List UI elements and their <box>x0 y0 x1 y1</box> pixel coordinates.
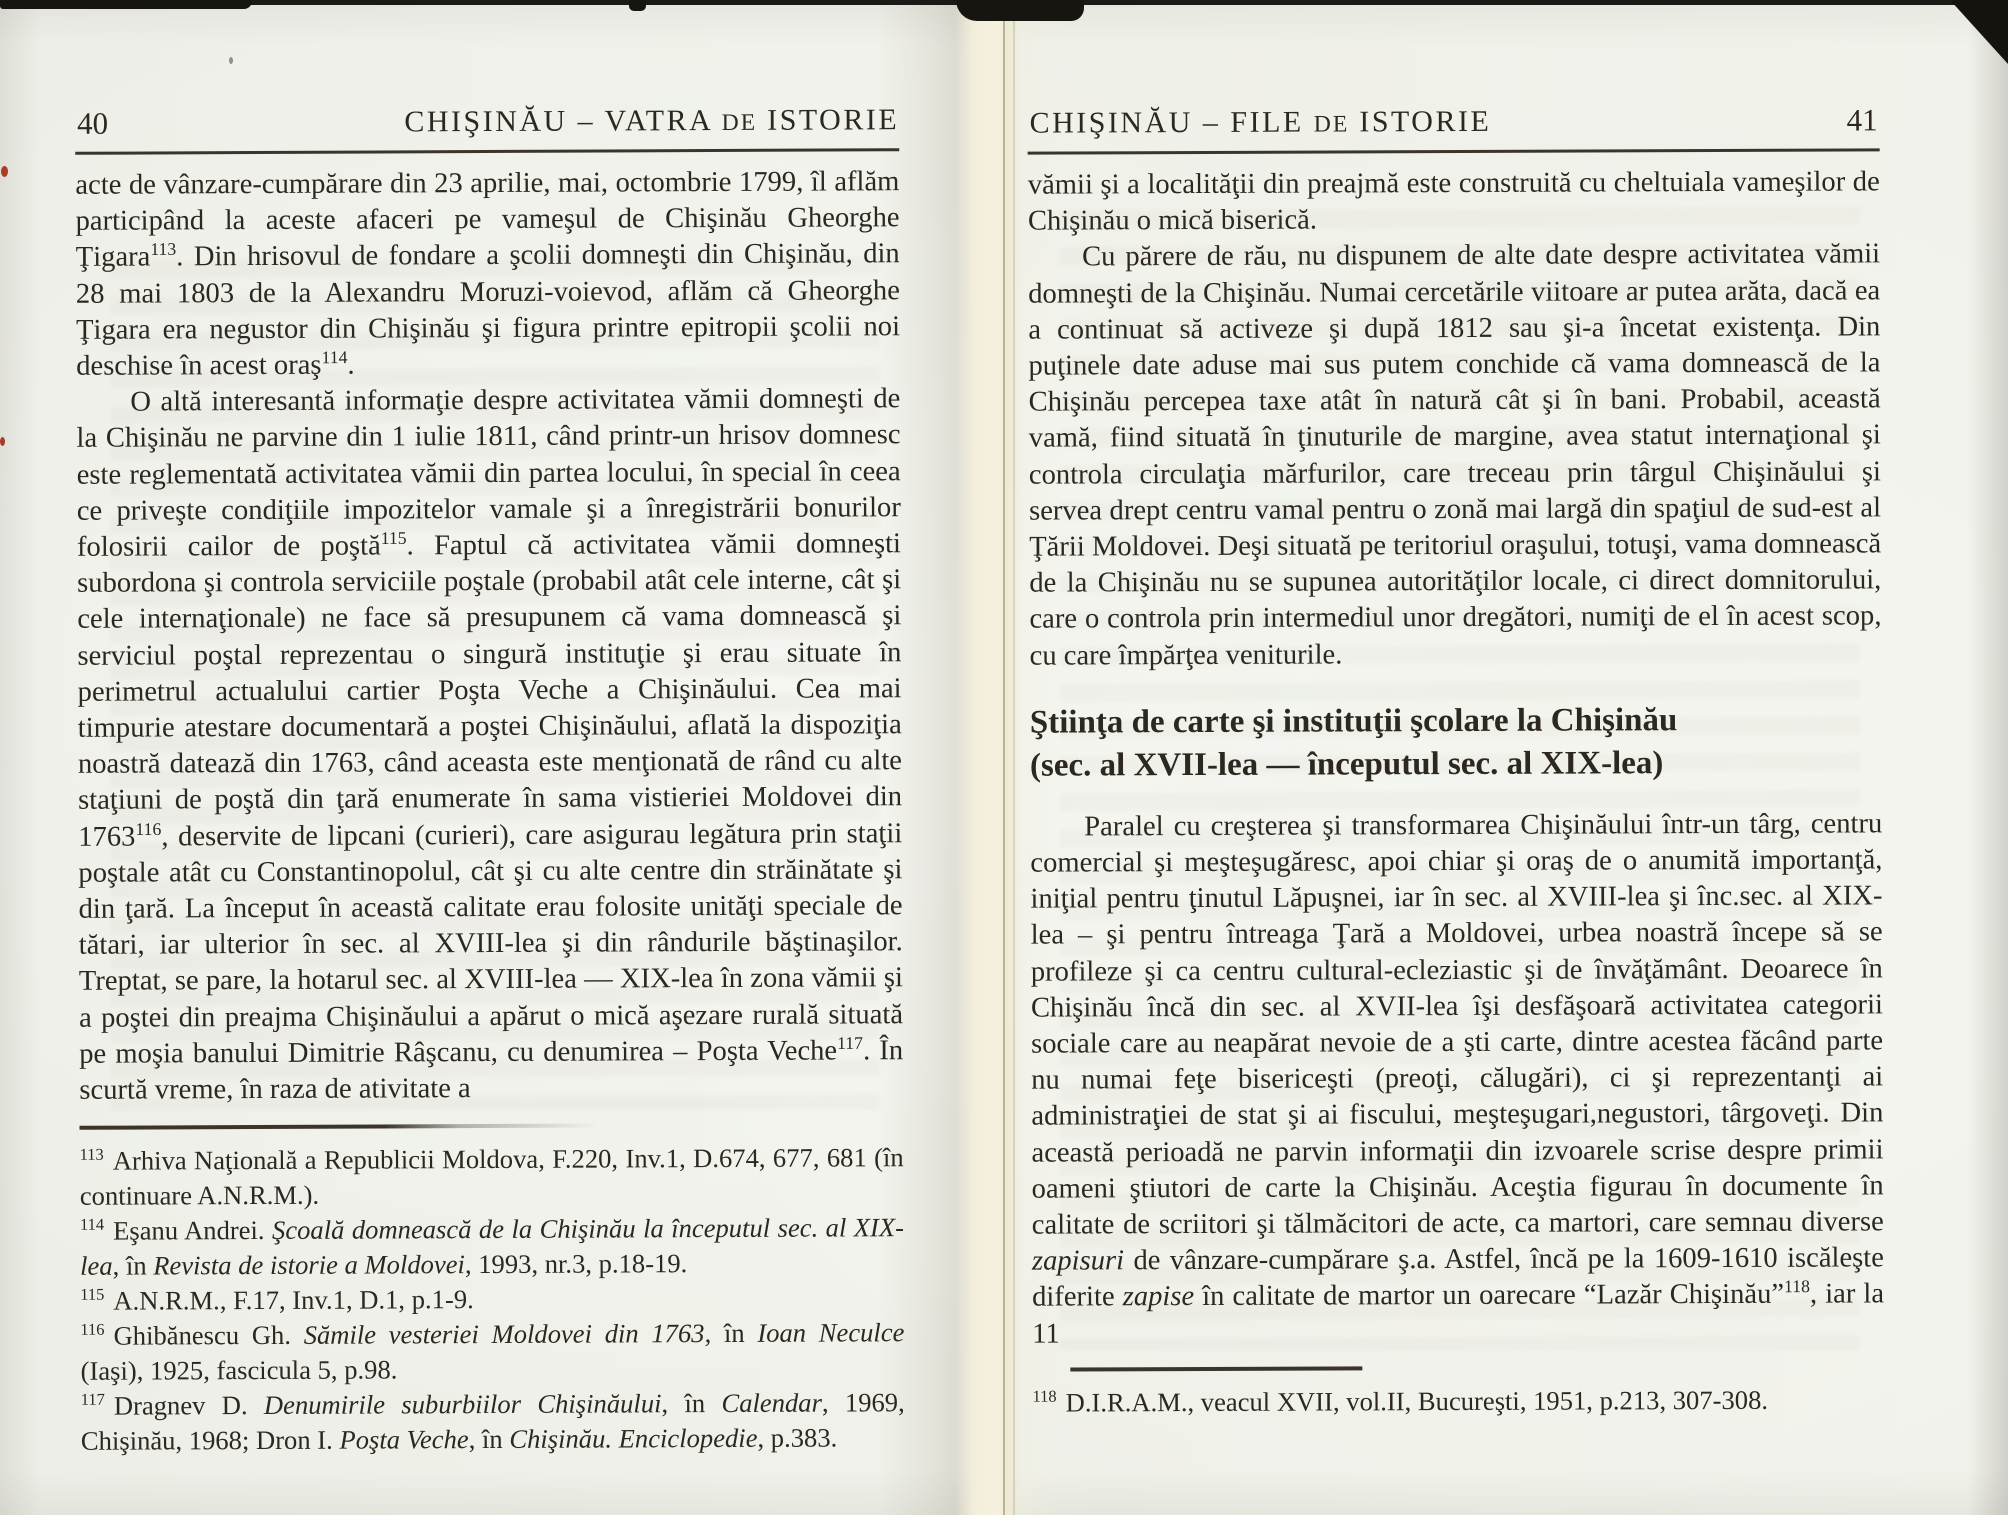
text-run: Ioan Neculce <box>757 1317 904 1348</box>
footnote-reference: 118 <box>1784 1277 1810 1297</box>
footnote: 118D.I.R.A.M., veacul XVII, vol.II, Bucu… <box>1032 1382 1884 1420</box>
paragraph: O altă interesantă informaţie despre act… <box>76 381 903 1109</box>
section-heading: Ştiinţa de carte şi instituţii şcolare l… <box>1030 698 1882 787</box>
text-run: Calendar <box>721 1388 822 1418</box>
text-run: , în <box>113 1251 154 1281</box>
text-run: zapisuri <box>1032 1246 1124 1277</box>
footnote: 116Ghibănescu Gh. Sămile vesteriei Moldo… <box>80 1315 904 1389</box>
paragraph: Paralel cu creşterea şi transformarea Ch… <box>1030 806 1884 1352</box>
text-run: în <box>711 1318 757 1348</box>
text-run: D.I.R.A.M., veacul XVII, vol.II, Bucureş… <box>1066 1385 1769 1418</box>
section-heading-line1: Ştiinţa de carte şi instituţii şcolare l… <box>1030 698 1882 744</box>
footnote-reference: 113 <box>150 239 176 259</box>
gutter-crease <box>1003 0 1005 1515</box>
running-head-left: 40 CHIŞINĂU – VATRA DE ISTORIE <box>75 102 899 155</box>
body-text-right-top: vămii şi a localităţii din preajmă este … <box>1028 164 1882 674</box>
gutter-crease <box>1013 0 1015 1515</box>
footnote-number: 116 <box>80 1320 104 1339</box>
page-number-right: 41 <box>1846 102 1877 138</box>
text-run: . Faptul că activitatea vămii domneşti s… <box>77 528 902 852</box>
text-run: Cu părere de rău, nu dispunem de alte da… <box>1028 239 1881 672</box>
text-run: A.N.R.M., F.17, Inv.1, D.1, p.1-9. <box>113 1284 473 1316</box>
text-run: (Iaşi), 1925, fascicula 5, p.98. <box>81 1355 398 1386</box>
scan-edge-blob <box>956 0 1084 21</box>
text-run: DE <box>722 110 758 136</box>
footnote: 117Dragnev D. Denumirile suburbiilor Chi… <box>81 1385 905 1459</box>
text-run: , p.383. <box>757 1423 837 1453</box>
text-run: Arhiva Naţională a Republicii Moldova, F… <box>80 1142 904 1211</box>
footnotes-left: 113Arhiva Naţională a Republicii Moldova… <box>80 1140 905 1459</box>
footnote-reference: 116 <box>135 819 161 839</box>
text-run: vămii şi a localităţii din preajmă este … <box>1028 166 1880 236</box>
text-run: DE <box>1314 111 1350 137</box>
text-run: , în <box>469 1424 510 1454</box>
footnotes-right: 118D.I.R.A.M., veacul XVII, vol.II, Bucu… <box>1032 1382 1884 1420</box>
body-text-right-bottom: Paralel cu creşterea şi transformarea Ch… <box>1030 806 1884 1352</box>
text-run: . <box>347 350 354 381</box>
text-run: Ghibănescu Gh. <box>113 1320 303 1351</box>
paragraph: Cu părere de rău, nu dispunem de alte da… <box>1028 237 1882 675</box>
text-run: , deservite de lipcani (curieri), care a… <box>78 818 903 1070</box>
text-run: Chişinău. Enciclopedie <box>509 1423 757 1454</box>
text-run: în calitate de martor un oarecare “Lazăr… <box>1194 1279 1784 1312</box>
red-speck <box>1 166 8 177</box>
text-run: Denumirile suburbiilor Chişinăului <box>264 1389 662 1421</box>
scan-edge-blob <box>0 0 252 9</box>
scan-edge-blob <box>629 0 646 11</box>
text-run: Paralel cu creşterea şi transformarea Ch… <box>1030 808 1884 1241</box>
text-run: Dragnev D. <box>114 1390 264 1421</box>
section-heading-line2: (sec. al XVII-lea — începutul sec. al XI… <box>1030 741 1882 787</box>
footnote-number: 117 <box>81 1390 105 1409</box>
footnote-reference: 115 <box>381 528 407 548</box>
text-run: zapise <box>1123 1281 1195 1312</box>
text-run: ISTORIE <box>1349 105 1491 139</box>
footnote: 113Arhiva Naţională a Republicii Moldova… <box>80 1140 904 1214</box>
text-run: , în <box>661 1388 721 1418</box>
running-head-right: CHIŞINĂU – FILE DE ISTORIE 41 <box>1027 102 1879 154</box>
footnote-number: 114 <box>80 1215 104 1234</box>
page-41: CHIŞINĂU – FILE DE ISTORIE 41 vămii şi a… <box>1027 102 1884 1420</box>
footnote-reference: 117 <box>837 1033 863 1053</box>
text-run: . Din hrisovul de fondare a şcolii domne… <box>76 239 900 382</box>
footnote-number: 118 <box>1032 1387 1056 1406</box>
footnote-number: 115 <box>80 1285 104 1304</box>
text-run: Eşanu Andrei. <box>113 1215 272 1246</box>
text-run: Poşta Veche <box>339 1424 468 1455</box>
footnote-separator-left <box>80 1124 600 1130</box>
footnote: 115A.N.R.M., F.17, Inv.1, D.1, p.1-9. <box>80 1280 904 1319</box>
text-run: , 1993, nr.3, p.18-19. <box>465 1248 687 1279</box>
page-40: 40 CHIŞINĂU – VATRA DE ISTORIE acte de v… <box>75 102 905 1459</box>
text-run: CHIŞINĂU – VATRA <box>404 104 721 138</box>
text-run: Revista de istorie a Moldovei <box>153 1249 465 1280</box>
text-run: Sămile vesteriei Moldovei din 1763, <box>304 1318 712 1350</box>
red-speck <box>0 437 5 446</box>
dust-speck <box>229 57 233 64</box>
footnote-reference: 114 <box>321 347 347 367</box>
book-scan: 40 CHIŞINĂU – VATRA DE ISTORIE acte de v… <box>0 0 2008 1515</box>
paragraph: vămii şi a localităţii din preajmă este … <box>1028 164 1880 240</box>
text-run: CHIŞINĂU – FILE <box>1029 106 1313 140</box>
body-text-left: acte de vânzare-cumpărare din 23 aprilie… <box>75 164 903 1109</box>
text-run: ISTORIE <box>757 103 899 137</box>
scan-corner-wedge <box>1950 0 2008 64</box>
page-number-left: 40 <box>77 106 108 142</box>
footnote: 114Eşanu Andrei. Şcoală domnească de la … <box>80 1210 904 1284</box>
footnote-number: 113 <box>80 1145 104 1164</box>
paragraph: acte de vânzare-cumpărare din 23 aprilie… <box>75 164 900 385</box>
running-header-title-right: CHIŞINĂU – FILE DE ISTORIE <box>1029 105 1491 141</box>
running-header-title-left: CHIŞINĂU – VATRA DE ISTORIE <box>404 103 899 139</box>
footnote-separator-right <box>1070 1366 1362 1371</box>
